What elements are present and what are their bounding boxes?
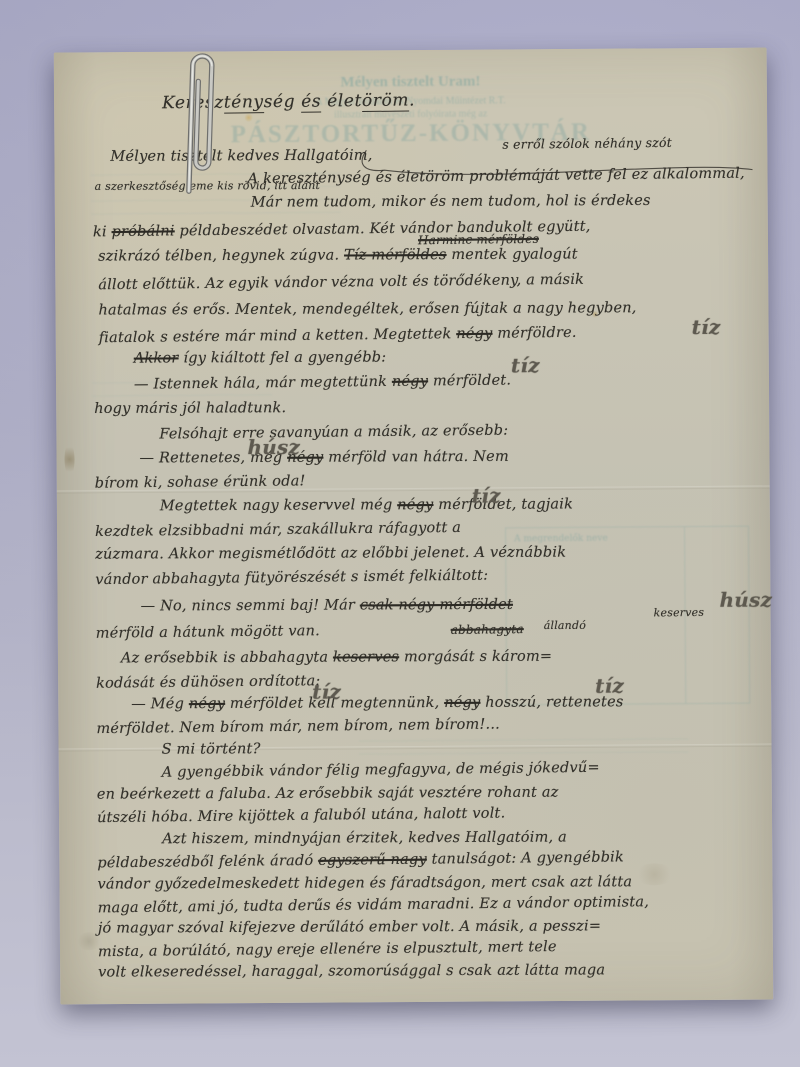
manuscript-line: hatalmas és erős. Mentek, mendegéltek, e… (98, 297, 636, 321)
pencil-correction: tíz (312, 681, 341, 703)
manuscript-line: Megtettek nagy keservvel még négy mérföl… (160, 493, 573, 517)
pencil-correction: tíz (472, 484, 501, 506)
manuscript-line: bírom ki, sohase érünk oda! (95, 470, 306, 494)
photo-of-manuscript: { "scene": { "backdrop_top_color": "#a9a… (0, 0, 800, 1067)
paperclip (178, 39, 223, 198)
manuscript-greeting: Mélyen tisztelt kedves Hallgatóim, (110, 145, 372, 168)
pencil-correction: tíz (511, 354, 540, 376)
manuscript-page: Mélyen tisztelt Uram! A Magyar Irodalmi … (54, 48, 774, 1005)
ink-annotation: Harminc mérföldes (418, 228, 539, 251)
manuscript-line: útszéli hóba. Mire kijöttek a faluból ut… (97, 802, 506, 829)
manuscript-line: — Még négy mérföldet kell megtennünk, né… (131, 691, 623, 715)
ink-annotation: abbahagyta (451, 618, 524, 641)
manuscript-line: — Rettenetes, még négy mérföld van hátra… (139, 446, 508, 470)
manuscript-line: hogy máris jól haladtunk. (94, 397, 286, 420)
pencil-correction: tíz (692, 316, 721, 338)
manuscript-line: volt elkeseredéssel, haraggal, szomorúsá… (98, 959, 605, 983)
pencil-correction: húsz (719, 589, 772, 611)
pencil-correction: tíz (595, 674, 624, 696)
manuscript-line: — Istennek hála, már megtettünk négy mér… (134, 369, 511, 395)
manuscript-line: Azt hiszem, mindnyájan érzitek, kedves H… (162, 826, 567, 850)
manuscript-line: mérföld a hátunk mögött van. (96, 620, 320, 645)
manuscript-line: zúzmara. Akkor megismétlődött az előbbi … (95, 542, 566, 566)
insertion-flourish-line (354, 140, 754, 183)
ink-annotation: állandó (544, 615, 586, 637)
manuscript-line: S mi történt? (162, 738, 261, 760)
manuscript-line: — No, nincs semmi baj! Már csak négy mér… (141, 594, 513, 618)
ink-annotation: keserves (653, 602, 704, 625)
manuscript-line: Akkor így kiáltott fel a gyengébb: (134, 347, 387, 370)
manuscript-line: vándor abbahagyta fütyörészését s ismét … (95, 565, 488, 591)
manuscript-line: kezdtek elzsibbadni már, szakállukra ráf… (95, 517, 461, 543)
manuscript-line: mérföldet. Nem bírom már, nem bírom, nem… (96, 714, 500, 741)
manuscript-line: Felsóhajt erre savanyúan a másik, az erő… (159, 420, 508, 446)
manuscript-line: kodását és dühösen ordította: (96, 670, 321, 695)
pencil-correction: húsz (247, 436, 300, 458)
paper-stain (244, 113, 253, 122)
manuscript-line: Az erősebbik is abbahagyta keserves morg… (121, 646, 552, 670)
paper-stain (64, 442, 74, 476)
